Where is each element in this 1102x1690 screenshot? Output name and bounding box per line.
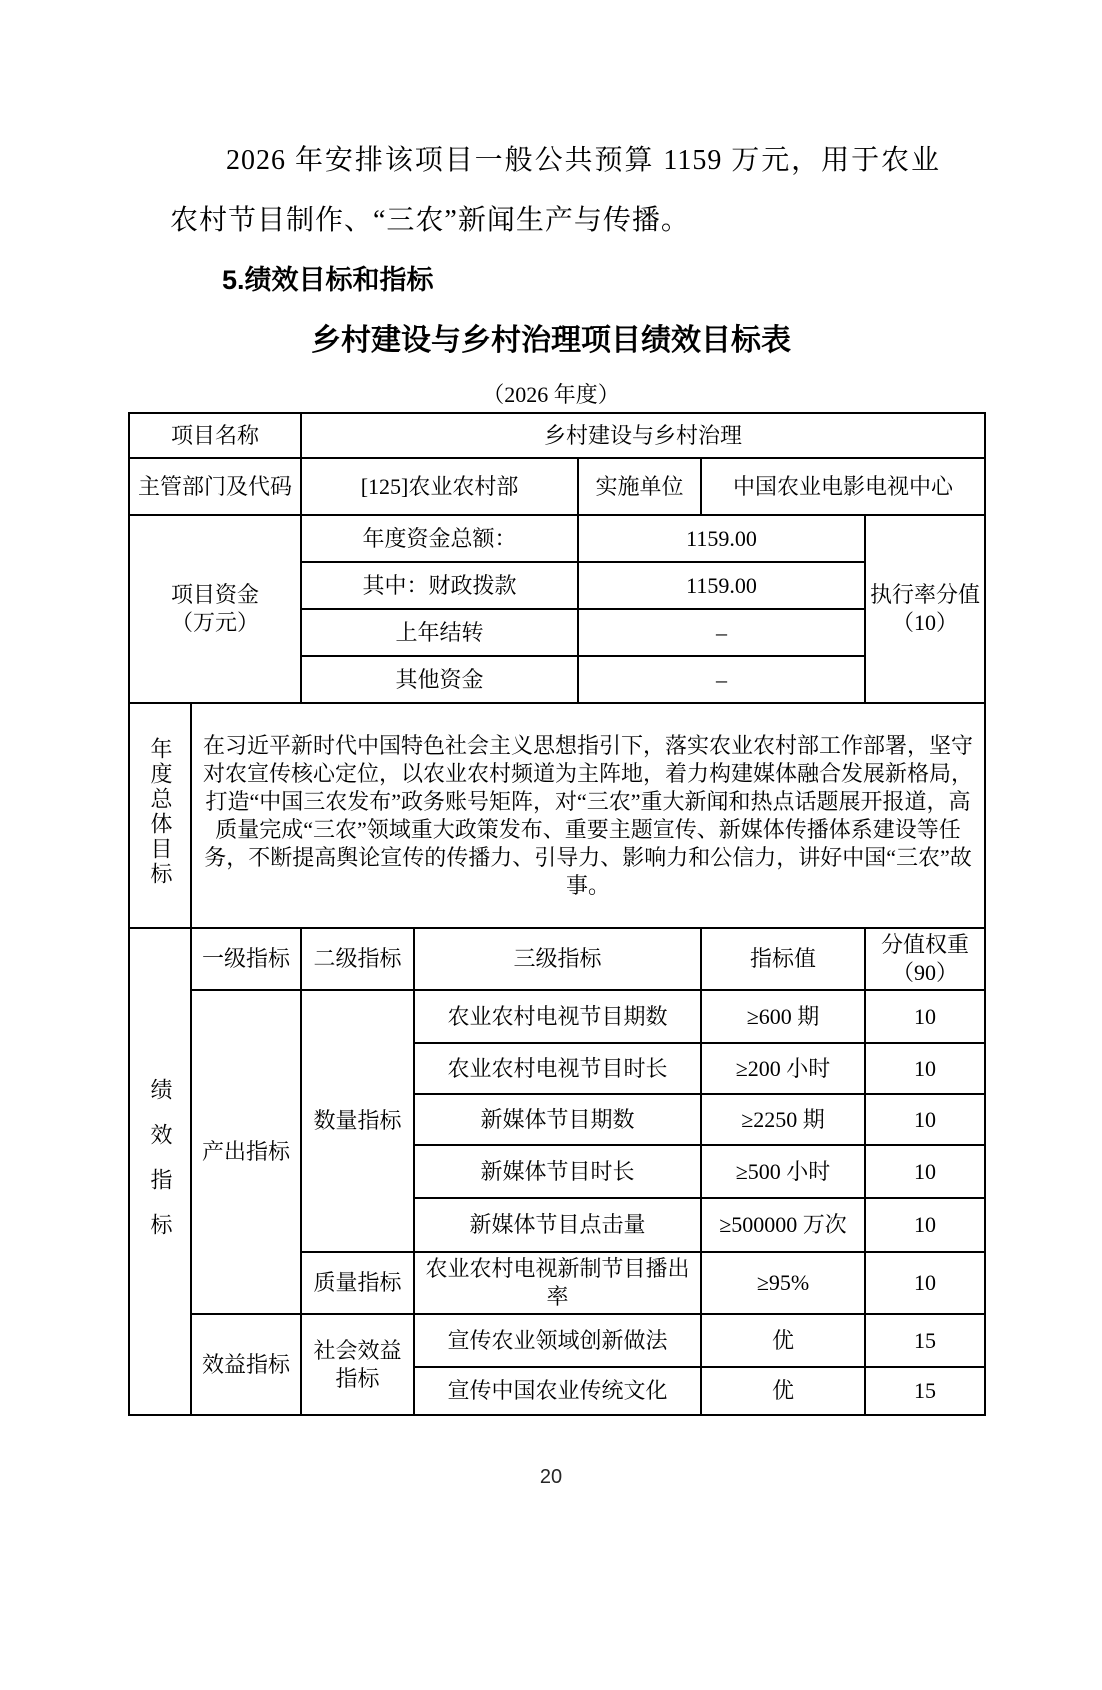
indicator-weight: 10	[865, 1252, 985, 1314]
project-name-label: 项目名称	[129, 413, 301, 458]
annual-goal-row: 年度总体目标 在习近平新时代中国特色社会主义思想指引下，落实农业农村部工作部署，…	[129, 703, 985, 928]
header-value: 指标值	[701, 928, 865, 990]
indicator-value: ≥500 小时	[701, 1145, 865, 1198]
impl-unit-value: 中国农业电影电视中心	[701, 458, 985, 515]
indicator-weight: 10	[865, 1145, 985, 1198]
annual-goal-label-cell: 年度总体目标	[129, 703, 191, 928]
header-level1: 一级指标	[191, 928, 301, 990]
indicator-name: 农业农村电视节目时长	[414, 1043, 701, 1094]
funding-item-label: 上年结转	[301, 609, 578, 656]
document-page: 2026 年安排该项目一般公共预算 1159 万元，用于农业农村节目制作、“三农…	[0, 131, 1102, 1490]
indicator-weight: 15	[865, 1367, 985, 1415]
funding-label: 项目资金 （万元）	[129, 515, 301, 703]
indicator-value: 优	[701, 1314, 865, 1367]
funding-item-label: 其中：财政拨款	[301, 562, 578, 609]
funding-item-value: 1159.00	[578, 562, 865, 609]
impl-unit-label: 实施单位	[578, 458, 701, 515]
department-row: 主管部门及代码 [125]农业农村部 实施单位 中国农业电影电视中心	[129, 458, 985, 515]
indicator-value: ≥95%	[701, 1252, 865, 1314]
indicator-weight: 15	[865, 1314, 985, 1367]
annual-goal-text: 在习近平新时代中国特色社会主义思想指引下，落实农业农村部工作部署，坚守对农宣传核…	[191, 703, 985, 928]
funding-item-value: 1159.00	[578, 515, 865, 562]
project-name-value: 乡村建设与乡村治理	[301, 413, 985, 458]
project-name-row: 项目名称 乡村建设与乡村治理	[129, 413, 985, 458]
header-level2: 二级指标	[301, 928, 414, 990]
indicator-header-row: 绩效指标 一级指标 二级指标 三级指标 指标值 分值权重（90）	[129, 928, 985, 990]
group-benefit-label: 效益指标	[191, 1314, 301, 1415]
page-number: 20	[0, 1464, 1102, 1490]
indicator-weight: 10	[865, 990, 985, 1043]
intro-paragraph: 2026 年安排该项目一般公共预算 1159 万元，用于农业农村节目制作、“三农…	[170, 131, 940, 251]
header-weight: 分值权重（90）	[865, 928, 985, 990]
funding-row: 项目资金 （万元） 年度资金总额： 1159.00 执行率分值（10）	[129, 515, 985, 562]
dept-code-label: 主管部门及代码	[129, 458, 301, 515]
group-output-label: 产出指标	[191, 990, 301, 1314]
header-level3: 三级指标	[414, 928, 701, 990]
group-quality-label: 质量指标	[301, 1252, 414, 1314]
group-quantity-label: 数量指标	[301, 990, 414, 1252]
group-social-label: 社会效益指标	[301, 1314, 414, 1415]
funding-item-value: –	[578, 656, 865, 703]
indicator-row: 产出指标 数量指标 农业农村电视节目期数 ≥600 期 10	[129, 990, 985, 1043]
indicator-value: ≥500000 万次	[701, 1198, 865, 1252]
funding-item-label: 年度资金总额：	[301, 515, 578, 562]
indicator-value: ≥2250 期	[701, 1094, 865, 1145]
indicator-row: 效益指标 社会效益指标 宣传农业领域创新做法 优 15	[129, 1314, 985, 1367]
dept-code-value: [125]农业农村部	[301, 458, 578, 515]
performance-target-table: 项目名称 乡村建设与乡村治理 主管部门及代码 [125]农业农村部 实施单位 中…	[128, 412, 986, 1416]
indicator-name: 新媒体节目期数	[414, 1094, 701, 1145]
perf-indicators-label: 绩效指标	[146, 1078, 174, 1258]
annual-goal-label: 年度总体目标	[146, 737, 174, 887]
indicator-name: 农业农村电视节目期数	[414, 990, 701, 1043]
table-title: 乡村建设与乡村治理项目绩效目标表	[0, 321, 1102, 361]
indicator-name: 宣传农业领域创新做法	[414, 1314, 701, 1367]
funding-item-label: 其他资金	[301, 656, 578, 703]
indicator-name: 农业农村电视新制节目播出率	[414, 1252, 701, 1314]
indicator-weight: 10	[865, 1043, 985, 1094]
section-heading: 5.绩效目标和指标	[222, 263, 1102, 297]
indicator-name: 新媒体节目时长	[414, 1145, 701, 1198]
indicator-value: ≥600 期	[701, 990, 865, 1043]
table-subtitle: （2026 年度）	[0, 381, 1102, 409]
indicator-weight: 10	[865, 1094, 985, 1145]
indicator-weight: 10	[865, 1198, 985, 1252]
exec-rate-label: 执行率分值（10）	[865, 515, 985, 703]
indicator-name: 新媒体节目点击量	[414, 1198, 701, 1252]
indicator-value: 优	[701, 1367, 865, 1415]
perf-indicators-label-cell: 绩效指标	[129, 928, 191, 1415]
indicator-value: ≥200 小时	[701, 1043, 865, 1094]
indicator-name: 宣传中国农业传统文化	[414, 1367, 701, 1415]
funding-item-value: –	[578, 609, 865, 656]
